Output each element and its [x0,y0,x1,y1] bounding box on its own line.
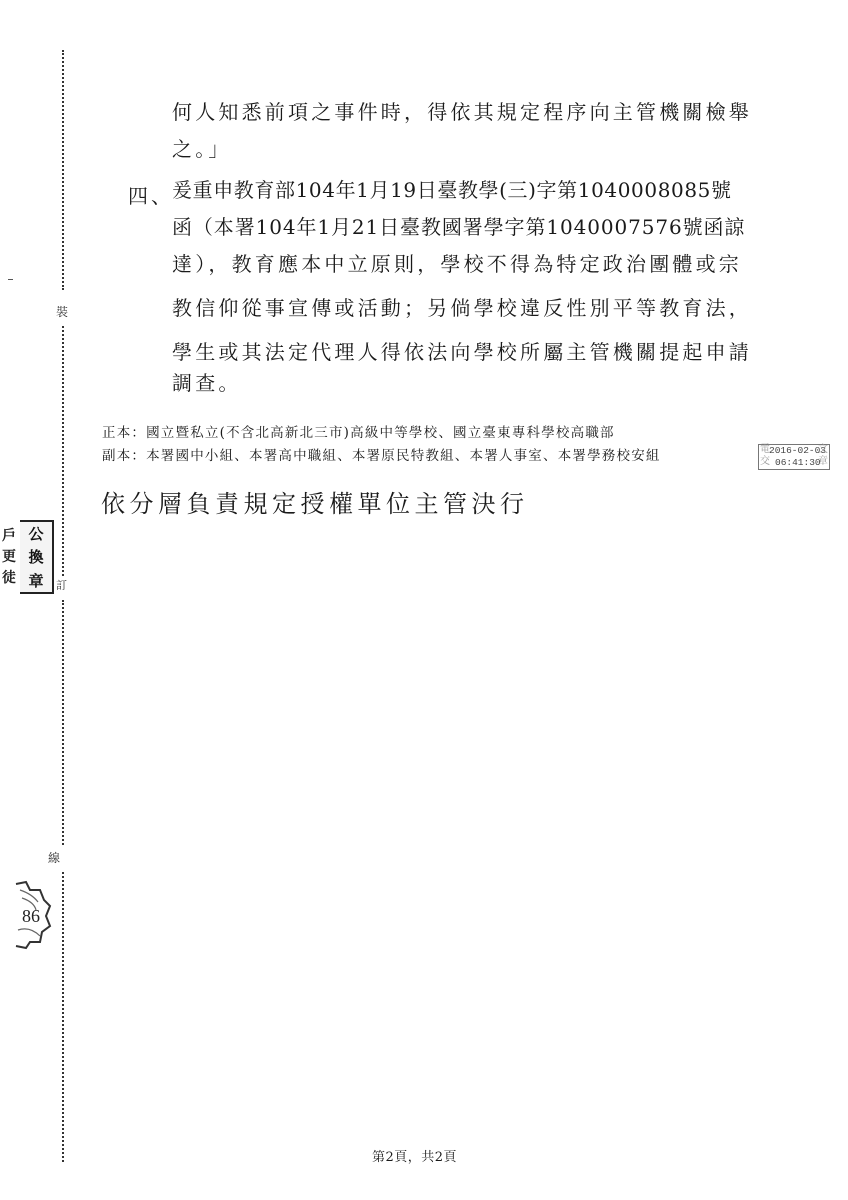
item-line-5: 學生或其法定代理人得依法向學校所屬主管機關提起申請 [172,342,752,362]
binding-dotted-line-upper [62,326,64,576]
seal-char: 徒 [2,567,20,587]
seal-char: 換 [28,546,43,567]
item-number: 四、 [128,180,174,209]
margin-tick [8,279,13,280]
distribution-original: 正本：國立暨私立(不含北高新北三市)高級中等學校、國立臺東專科學校高職部 [102,421,615,441]
continuation-line-2: 之。」 [172,139,232,159]
binding-dotted-line-top [62,50,64,290]
stamp-char: 章 [818,457,828,469]
item-line-1: 爰重申教育部104年1月19日臺教學(三)字第1040008085號 [172,180,732,200]
official-seal-stamp: 公 換 章 [20,520,54,594]
continuation-line-1: 何人知悉前項之事件時，得依其規定程序向主管機關檢舉 [172,102,752,122]
item-line-4: 教信仰從事宣傳或活動；另倘學校違反性別平等教育法， [172,298,752,318]
binding-label-xian: 線 [48,852,60,864]
binding-label-ding: 訂 [56,580,67,591]
distribution-copies: 副本：本署國中小組、本署高中職組、本署原民特教組、本署人事室、本署學務校安組 [102,444,661,464]
seal-char: 公 [28,523,43,544]
dispatch-timestamp-stamp: 電 交 2016-02-03 06:41:30 文 章 [758,444,830,470]
dispatch-time: 06:41:30 [775,457,821,469]
seal-char: 戶 [2,525,20,545]
stamp-char: 文 [818,445,828,457]
binding-dotted-line-middle [62,600,64,845]
item-line-6: 調查。 [172,373,242,393]
stamp-char: 交 [760,457,770,469]
item-line-3: 達），教育應本中立原則，學校不得為特定政治團體或宗 [172,254,742,274]
page-count-stamp: 86 [12,880,52,950]
binding-dotted-line-lower [62,872,64,1162]
partial-seal-stamp: 戶 更 徒 [2,524,20,588]
item-line-2: 函（本署104年1月21日臺教國署學字第1040007576號函諒 [172,217,745,237]
seal-char: 章 [28,570,43,591]
page-number-footer: 第2頁，共2頁 [372,1146,457,1165]
stamp-number: 86 [22,906,40,927]
authority-statement: 依分層負責規定授權單位主管決行 [101,484,529,519]
seal-char: 更 [2,546,20,566]
binding-label-zhuang: 裝 [56,306,68,318]
